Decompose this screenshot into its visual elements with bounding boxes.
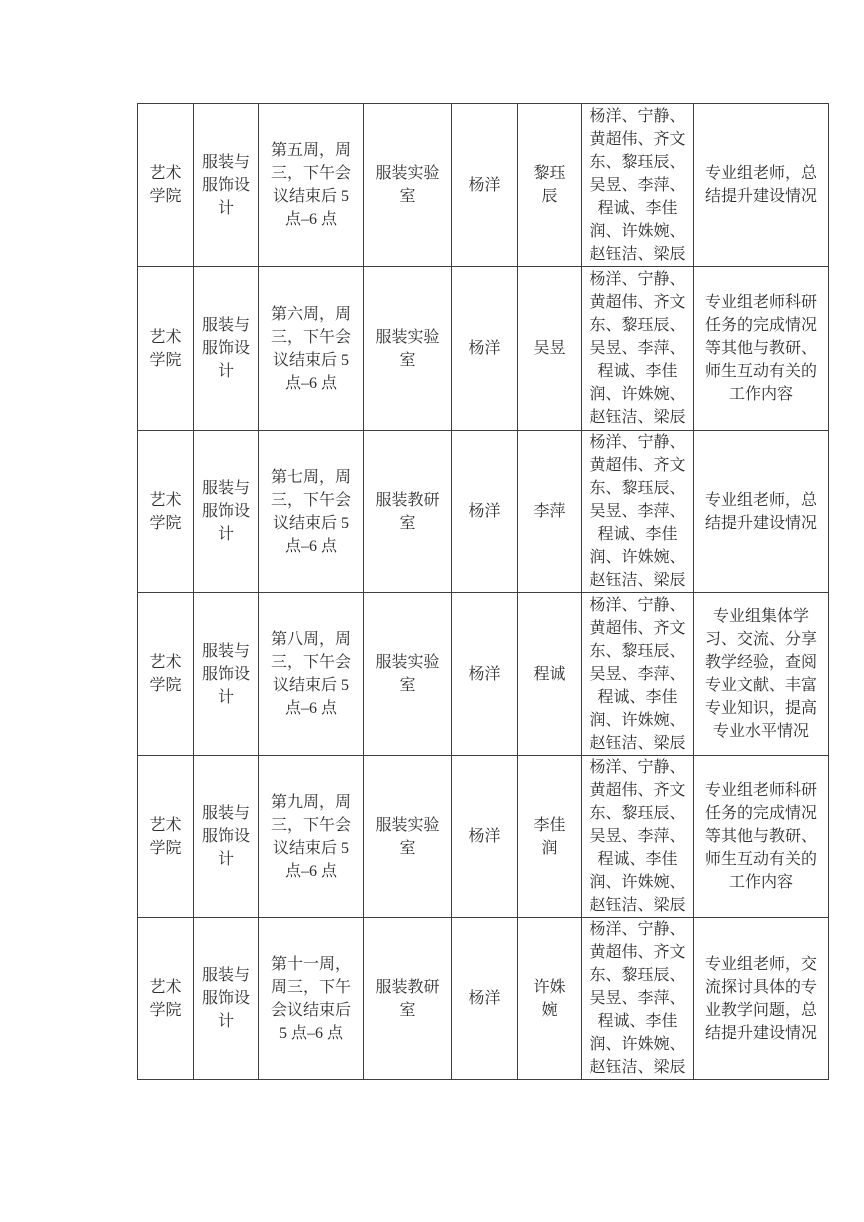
cell-time: 第十一周，周三，下午会议结束后 5 点–6 点: [259, 918, 364, 1080]
cell-time: 第九周，周三，下午会议结束后 5 点–6 点: [259, 756, 364, 918]
cell-location: 服装教研室: [364, 918, 452, 1080]
cell-location: 服装实验室: [364, 267, 452, 431]
cell-content: 专业组老师科研任务的完成情况等其他与教研、师生互动有关的工作内容: [694, 756, 829, 918]
cell-major: 服装与服饰设计: [194, 593, 259, 756]
cell-host: 杨洋: [452, 104, 518, 267]
table-row: 艺术学院 服装与服饰设计 第七周，周三，下午会议结束后 5 点–6 点 服装教研…: [138, 431, 829, 593]
cell-location: 服装实验室: [364, 593, 452, 756]
cell-location: 服装教研室: [364, 431, 452, 593]
cell-host: 杨洋: [452, 756, 518, 918]
table-row: 艺术学院 服装与服饰设计 第十一周，周三，下午会议结束后 5 点–6 点 服装教…: [138, 918, 829, 1080]
cell-college: 艺术学院: [138, 267, 194, 431]
cell-content: 专业组集体学习、交流、分享教学经验，查阅专业文献、丰富专业知识，提高专业水平情况: [694, 593, 829, 756]
schedule-table: 艺术学院 服装与服饰设计 第五周，周三，下午会议结束后 5 点–6 点 服装实验…: [137, 103, 829, 1080]
table-row: 艺术学院 服装与服饰设计 第六周，周三，下午会议结束后 5 点–6 点 服装实验…: [138, 267, 829, 431]
cell-content: 专业组老师，总结提升建设情况: [694, 104, 829, 267]
cell-content: 专业组老师科研任务的完成情况等其他与教研、师生互动有关的工作内容: [694, 267, 829, 431]
cell-participants: 杨洋、宁静、黄超伟、齐文东、黎珏辰、吴昱、李萍、程诚、李佳润、许姝婉、赵钰洁、梁…: [582, 593, 694, 756]
document-page: 艺术学院 服装与服饰设计 第五周，周三，下午会议结束后 5 点–6 点 服装实验…: [0, 0, 864, 1222]
table-row: 艺术学院 服装与服饰设计 第五周，周三，下午会议结束后 5 点–6 点 服装实验…: [138, 104, 829, 267]
cell-time: 第五周，周三，下午会议结束后 5 点–6 点: [259, 104, 364, 267]
cell-college: 艺术学院: [138, 756, 194, 918]
cell-speaker: 李萍: [518, 431, 582, 593]
cell-time: 第八周，周三，下午会议结束后 5 点–6 点: [259, 593, 364, 756]
cell-host: 杨洋: [452, 431, 518, 593]
cell-speaker: 程诚: [518, 593, 582, 756]
cell-content: 专业组老师，总结提升建设情况: [694, 431, 829, 593]
table-row: 艺术学院 服装与服饰设计 第九周，周三，下午会议结束后 5 点–6 点 服装实验…: [138, 756, 829, 918]
table-row: 艺术学院 服装与服饰设计 第八周，周三，下午会议结束后 5 点–6 点 服装实验…: [138, 593, 829, 756]
cell-major: 服装与服饰设计: [194, 104, 259, 267]
cell-participants: 杨洋、宁静、黄超伟、齐文东、黎珏辰、吴昱、李萍、程诚、李佳润、许姝婉、赵钰洁、梁…: [582, 104, 694, 267]
cell-host: 杨洋: [452, 267, 518, 431]
cell-time: 第七周，周三，下午会议结束后 5 点–6 点: [259, 431, 364, 593]
cell-location: 服装实验室: [364, 104, 452, 267]
cell-speaker: 吴昱: [518, 267, 582, 431]
cell-college: 艺术学院: [138, 431, 194, 593]
cell-host: 杨洋: [452, 918, 518, 1080]
cell-location: 服装实验室: [364, 756, 452, 918]
cell-content: 专业组老师，交流探讨具体的专业教学问题，总结提升建设情况: [694, 918, 829, 1080]
cell-college: 艺术学院: [138, 918, 194, 1080]
cell-major: 服装与服饰设计: [194, 431, 259, 593]
cell-participants: 杨洋、宁静、黄超伟、齐文东、黎珏辰、吴昱、李萍、程诚、李佳润、许姝婉、赵钰洁、梁…: [582, 918, 694, 1080]
cell-participants: 杨洋、宁静、黄超伟、齐文东、黎珏辰、吴昱、李萍、程诚、李佳润、许姝婉、赵钰洁、梁…: [582, 431, 694, 593]
cell-participants: 杨洋、宁静、黄超伟、齐文东、黎珏辰、吴昱、李萍、程诚、李佳润、许姝婉、赵钰洁、梁…: [582, 267, 694, 431]
cell-participants: 杨洋、宁静、黄超伟、齐文东、黎珏辰、吴昱、李萍、程诚、李佳润、许姝婉、赵钰洁、梁…: [582, 756, 694, 918]
cell-major: 服装与服饰设计: [194, 756, 259, 918]
cell-time: 第六周，周三，下午会议结束后 5 点–6 点: [259, 267, 364, 431]
cell-speaker: 黎珏辰: [518, 104, 582, 267]
cell-college: 艺术学院: [138, 104, 194, 267]
cell-major: 服装与服饰设计: [194, 267, 259, 431]
cell-speaker: 许姝婉: [518, 918, 582, 1080]
cell-college: 艺术学院: [138, 593, 194, 756]
cell-major: 服装与服饰设计: [194, 918, 259, 1080]
cell-host: 杨洋: [452, 593, 518, 756]
cell-speaker: 李佳润: [518, 756, 582, 918]
